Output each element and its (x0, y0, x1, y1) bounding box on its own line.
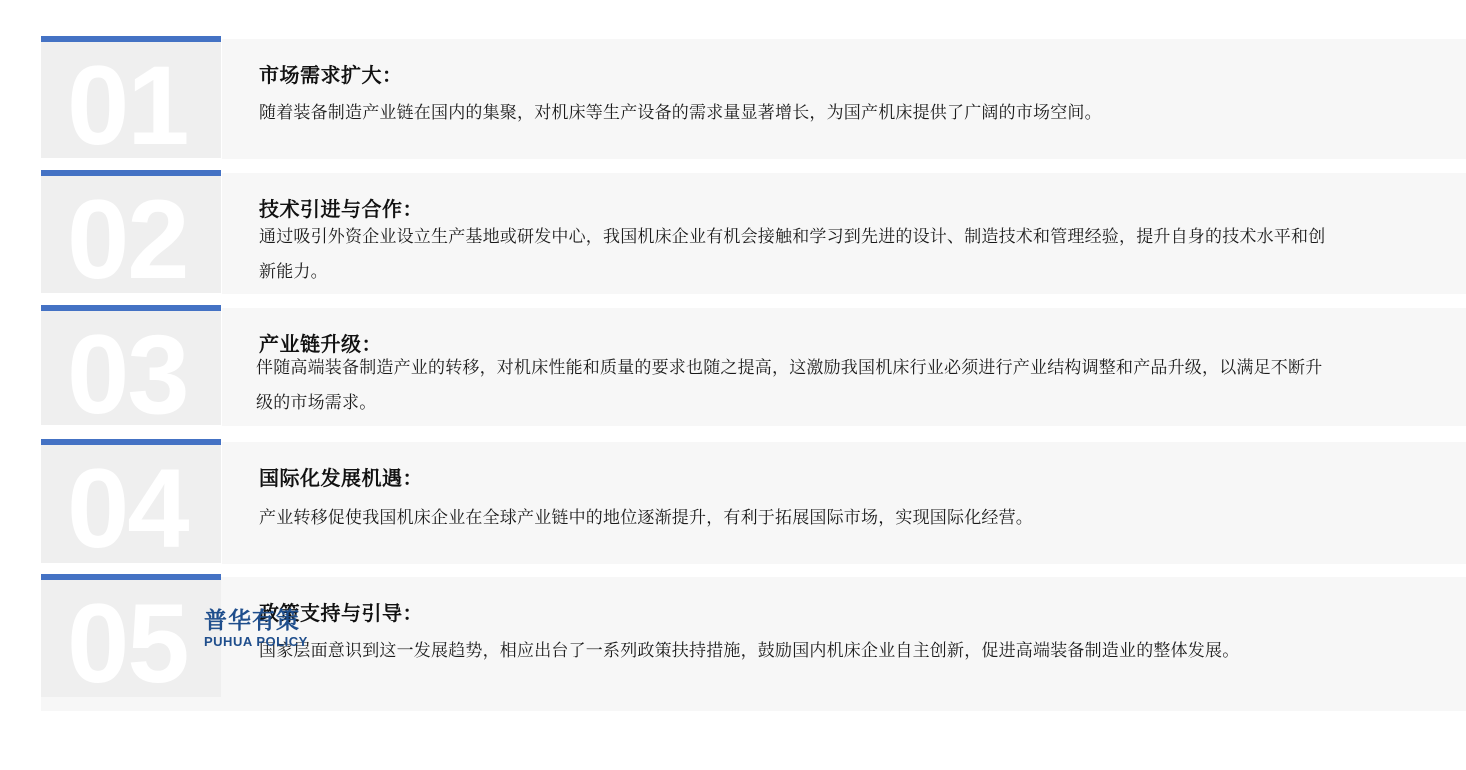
accent-bar (41, 305, 221, 311)
section-description: 通过吸引外资企业设立生产基地或研发中心，我国机床企业有机会接触和学习到先进的设计… (259, 220, 1329, 290)
section-04: 04 国际化发展机遇： 产业转移促使我国机床企业在全球产业链中的地位逐渐提升，有… (41, 439, 1466, 564)
watermark-english: PUHUA POLICY (204, 634, 308, 650)
section-03: 03 产业链升级： 伴随高端装备制造产业的转移，对机床性能和质量的要求也随之提高… (41, 305, 1466, 426)
section-title: 市场需求扩大： (259, 59, 403, 88)
section-description: 国家层面意识到这一发展趋势，相应出台了一系列政策扶持措施，鼓励国内机床企业自主创… (259, 634, 1329, 669)
accent-bar (41, 574, 221, 580)
number-box: 03 (41, 305, 221, 425)
number-box-overlay: 05 (41, 574, 221, 697)
accent-bar (41, 36, 221, 42)
section-description: 随着装备制造产业链在国内的集聚，对机床等生产设备的需求量显著增长，为国产机床提供… (259, 96, 1329, 131)
section-number: 02 (67, 184, 188, 293)
section-content: 产业链升级： 伴随高端装备制造产业的转移，对机床性能和质量的要求也随之提高，这激… (222, 308, 1466, 426)
section-title: 技术引进与合作： (259, 193, 423, 222)
section-content: 国际化发展机遇： 产业转移促使我国机床企业在全球产业链中的地位逐渐提升，有利于拓… (222, 442, 1466, 564)
section-number: 01 (67, 50, 188, 158)
section-title: 国际化发展机遇： (259, 462, 423, 491)
number-box: 04 (41, 439, 221, 563)
section-number-overlay: 05 (67, 588, 188, 697)
section-content: 技术引进与合作： 通过吸引外资企业设立生产基地或研发中心，我国机床企业有机会接触… (222, 173, 1466, 294)
number-box: 01 (41, 36, 221, 158)
section-description: 伴随高端装备制造产业的转移，对机床性能和质量的要求也随之提高，这激励我国机床行业… (256, 351, 1326, 421)
watermark-logo: 普华有策 PUHUA POLICY (204, 608, 308, 650)
section-01: 01 市场需求扩大： 随着装备制造产业链在国内的集聚，对机床等生产设备的需求量显… (41, 36, 1466, 159)
accent-bar (41, 170, 221, 176)
section-content: 政策支持与引导： 国家层面意识到这一发展趋势，相应出台了一系列政策扶持措施，鼓励… (222, 577, 1466, 711)
section-02: 02 技术引进与合作： 通过吸引外资企业设立生产基地或研发中心，我国机床企业有机… (41, 170, 1466, 294)
accent-bar (41, 439, 221, 445)
section-number: 03 (67, 319, 188, 425)
section-description: 产业转移促使我国机床企业在全球产业链中的地位逐渐提升，有利于拓展国际市场，实现国… (259, 501, 1329, 536)
watermark-chinese: 普华有策 (204, 608, 308, 634)
number-box: 02 (41, 170, 221, 293)
section-content: 市场需求扩大： 随着装备制造产业链在国内的集聚，对机床等生产设备的需求量显著增长… (222, 39, 1466, 159)
section-number: 04 (67, 453, 188, 563)
